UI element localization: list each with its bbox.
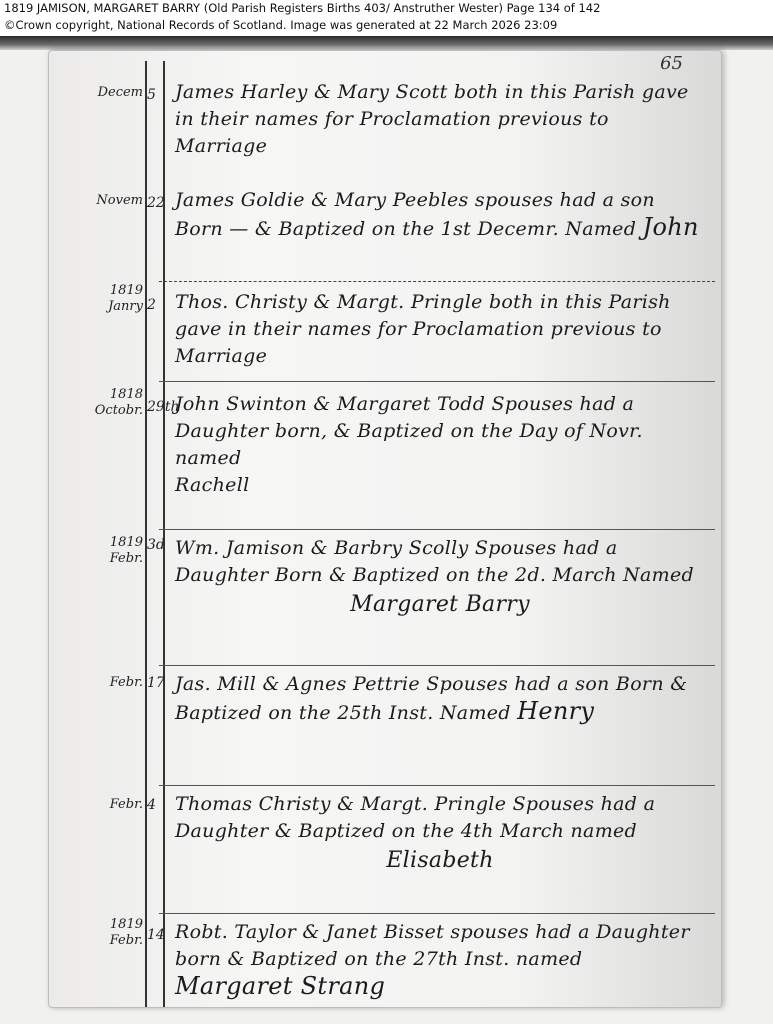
entry-separator (159, 785, 715, 786)
entry-day: 29th (147, 399, 163, 415)
entry-separator (159, 529, 715, 530)
entry-day: 17 (147, 675, 163, 691)
child-name: Rachell (175, 474, 249, 496)
entry-day: 2 (147, 297, 163, 313)
entry-separator (159, 281, 715, 282)
copyright-notice: ©Crown copyright, National Records of Sc… (0, 17, 773, 34)
child-name: Henry (517, 697, 594, 725)
entry-date: 1819Febr. (55, 917, 143, 949)
entry-separator (159, 665, 715, 666)
entry-date: 1819Janry (55, 283, 143, 315)
entry-separator (159, 913, 715, 914)
entry-day: 22 (147, 195, 163, 211)
entry-date: Febr. (55, 675, 143, 691)
register-scan: 65 Decem 5 James Harley & Mary Scott bot… (0, 36, 773, 1024)
image-header: 1819 JAMISON, MARGARET BARRY (Old Parish… (0, 0, 773, 36)
entry-text: Thos. Christy & Margt. Pringle both in t… (175, 289, 705, 370)
entry-day: 4 (147, 797, 163, 813)
entry-text: Wm. Jamison & Barbry Scolly Spouses had … (175, 535, 705, 618)
entry-separator (159, 381, 715, 382)
child-name: Margaret Barry (175, 591, 705, 618)
entry-date: 1819Febr. (55, 535, 143, 567)
record-title: 1819 JAMISON, MARGARET BARRY (Old Parish… (0, 0, 773, 17)
register-page: 65 Decem 5 James Harley & Mary Scott bot… (48, 50, 722, 1008)
entry-text: Thomas Christy & Margt. Pringle Spouses … (175, 791, 705, 874)
child-name: John (643, 213, 699, 241)
page-number: 65 (660, 53, 683, 74)
entry-day: 5 (147, 87, 163, 103)
child-name: Elisabeth (175, 847, 705, 874)
entry-text: John Swinton & Margaret Todd Spouses had… (175, 391, 705, 499)
entry-day: 14 (147, 927, 163, 943)
entry-text: James Harley & Mary Scott both in this P… (175, 79, 705, 160)
child-name: Margaret Strang (175, 972, 385, 1000)
entry-date: Febr. (55, 797, 143, 813)
entry-date: Decem (55, 85, 143, 101)
entry-day: 3d (147, 537, 163, 553)
entry-text: James Goldie & Mary Peebles spouses had … (175, 187, 705, 243)
entry-date: Novem (55, 193, 143, 209)
entry-text: Robt. Taylor & Janet Bisset spouses had … (175, 919, 705, 1002)
entry-text: Jas. Mill & Agnes Pettrie Spouses had a … (175, 671, 705, 727)
scan-top-shadow (0, 36, 773, 50)
entry-date: 1818Octobr. (55, 387, 143, 419)
